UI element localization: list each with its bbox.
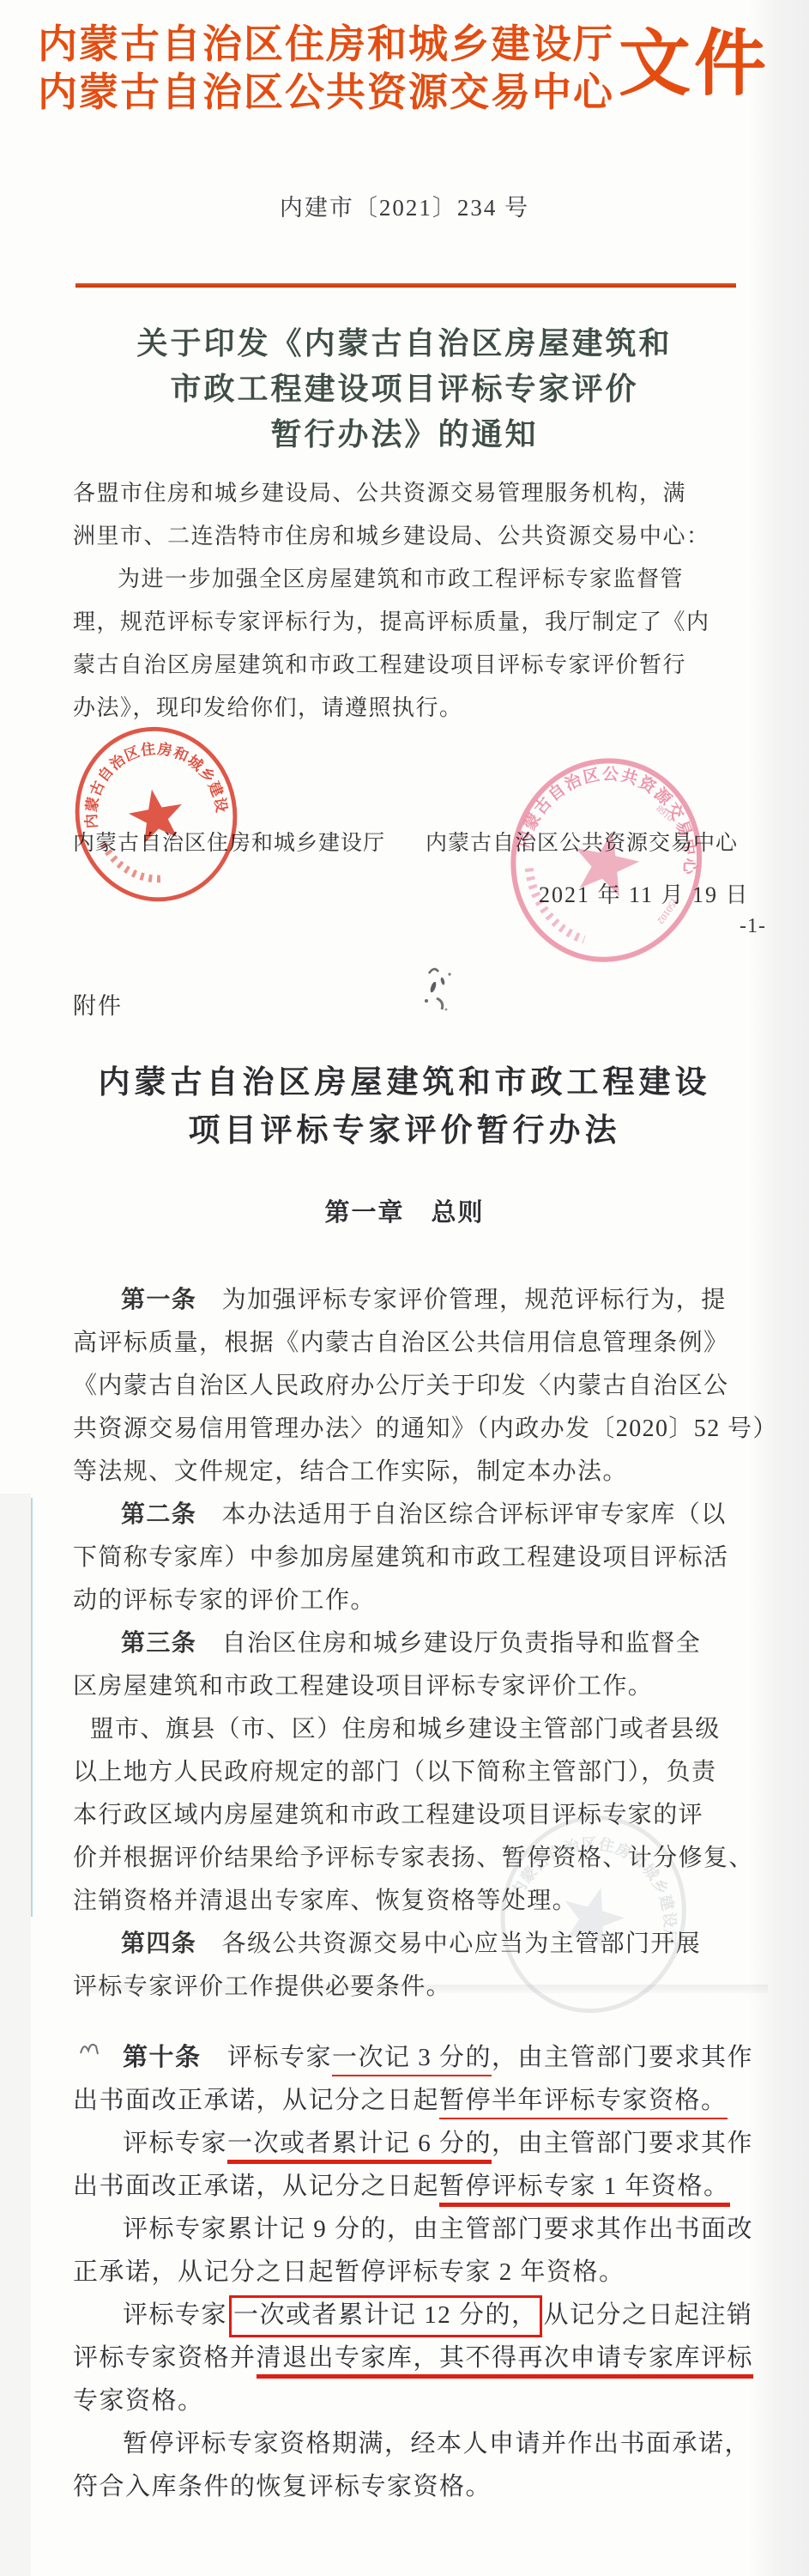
letterhead: 内蒙古自治区住房和城乡建设厅 内蒙古自治区公共资源交易中心	[38, 21, 621, 117]
text-line: 评标专家资格并清退出专家库，其不得再次申请专家库评标	[73, 2337, 755, 2379]
issue-date: 2021 年 11 月 19 日	[539, 877, 750, 909]
text-line: 洲里市、二连浩特市住房和城乡建设局、公共资源交易中心：	[73, 515, 751, 558]
text-segment: 第三条	[121, 1630, 196, 1657]
page-number: -1-	[740, 915, 766, 938]
scan-artifact-line	[31, 1498, 33, 1917]
svg-text:内蒙古自治区住房和城乡建设厅: 内蒙古自治区住房和城乡建设厅	[58, 711, 231, 840]
official-seal-housing-dept: 内蒙古自治区住房和城乡建设厅	[58, 711, 256, 924]
text-segment: 为加强评标专家评价管理，规范评标行为，提	[196, 1287, 726, 1313]
text-segment: 动的评标专家的评价工作。	[73, 1587, 376, 1614]
text-segment: 评标专家	[123, 2130, 227, 2157]
text-segment: 评标专家评价工作提供必要条件。	[73, 1973, 451, 2000]
text-line: 出书面改正承诺，从记分之日起暂停半年评标专家资格。	[73, 2079, 755, 2122]
seal-ring	[63, 717, 248, 912]
doc-number: 内建市〔2021〕234 号	[0, 189, 809, 222]
text-segment: ，由主管部门要求其作	[492, 2130, 753, 2157]
text-line: 第四条 各级公共资源交易中心应当为主管部门开展	[73, 1923, 751, 1966]
text-segment: 正承诺，从记分之日起暂停评标专家 2 年资格。	[73, 2258, 625, 2286]
text-segment: 《内蒙古自治区人民政府办公厅关于印发〈内蒙古自治区公	[73, 1373, 728, 1399]
text-line: 第十条 评标专家一次记 3 分的，由主管部门要求其作	[73, 2036, 755, 2079]
text-segment: 盟市、旗县（市、区）住房和城乡建设主管部门或者县级	[90, 1716, 721, 1743]
notice-title-line: 暂行办法》的通知	[0, 412, 809, 458]
text-segment: 从记分之日起注销	[544, 2301, 753, 2329]
text-line: 等法规、文件规定，结合工作实际，制定本办法。	[73, 1451, 751, 1494]
text-segment: 以上地方人民政府规定的部门（以下简称主管部门），负责	[73, 1759, 716, 1785]
text-segment: 下简称专家库）中参加房屋建筑和市政工程建设项目评标活	[73, 1544, 728, 1571]
notice-title-line: 市政工程建设项目评标专家评价	[0, 367, 809, 412]
text-segment: 为进一步加强全区房屋建筑和市政工程评标专家监督管	[118, 567, 684, 591]
text-segment: 专家资格。	[73, 2387, 204, 2415]
text-line: 评标专家评价工作提供必要条件。	[73, 1966, 751, 2009]
letterhead-org1: 内蒙古自治区住房和城乡建设厅	[38, 21, 621, 69]
addressee-paragraph: 各盟市住房和城乡建设局、公共资源交易管理服务机构，满洲里市、二连浩特市住房和城乡…	[73, 472, 751, 558]
text-segment: 各盟市住房和城乡建设局、公共资源交易管理服务机构，满	[73, 481, 686, 506]
notice-title-line: 关于印发《内蒙古自治区房屋建筑和	[0, 321, 809, 367]
text-line: 暂停评标专家资格期满，经本人申请并作出书面承诺，	[73, 2422, 755, 2465]
text-segment: 区房屋建筑和市政工程建设项目评标专家评价工作。	[73, 1673, 653, 1700]
scanned-official-document: 内蒙古自治区住房和城乡建设厅 内蒙古自治区公共资源交易中心 文件 内建市〔202…	[0, 0, 809, 2576]
text-line: 第一条 为加强评标专家评价管理，规范评标行为，提	[73, 1279, 751, 1322]
text-line: 区房屋建筑和市政工程建设项目评标专家评价工作。	[73, 1665, 751, 1708]
notice-body-paragraph: 为进一步加强全区房屋建筑和市政工程评标专家监督管理，规范评标专家评标行为，提高评…	[73, 558, 751, 730]
pen-mark	[75, 2033, 110, 2064]
text-line: 下简称专家库）中参加房屋建筑和市政工程建设项目评标活	[73, 1537, 751, 1579]
text-segment: 各级公共资源交易中心应当为主管部门开展	[196, 1930, 701, 1957]
letterhead-org2: 内蒙古自治区公共资源交易中心	[38, 69, 621, 117]
text-segment: 注销资格并清退出专家库、恢复资格等处理。	[73, 1888, 577, 1914]
text-line: 理，规范评标专家评标行为，提高评标质量，我厅制定了《内	[73, 601, 751, 644]
article-ten-excerpt: 第十条 评标专家一次记 3 分的，由主管部门要求其作出书面改正承诺，从记分之日起…	[73, 2036, 755, 2508]
text-line: 注销资格并清退出专家库、恢复资格等处理。	[73, 1880, 751, 1923]
text-segment: 第二条	[121, 1501, 196, 1528]
text-line: 评标专家一次或者累计记 12 分的，从记分之日起注销	[73, 2294, 755, 2337]
red-annotated-text: 暂停评标专家 1 年资格。	[439, 2173, 730, 2207]
text-line: 盟市、旗县（市、区）住房和城乡建设主管部门或者县级	[73, 1708, 751, 1751]
text-line: 以上地方人民政府规定的部门（以下简称主管部门），负责	[73, 1751, 751, 1794]
text-segment: 洲里市、二连浩特市住房和城乡建设局、公共资源交易中心：	[73, 524, 710, 549]
red-divider-rule	[75, 283, 736, 288]
red-annotated-text: 一次记 3 分的	[332, 2044, 492, 2076]
text-segment: 等法规、文件规定，结合工作实际，制定本办法。	[73, 1458, 628, 1485]
text-line: 价并根据评价结果给予评标专家表扬、暂停资格、计分修复、	[73, 1837, 751, 1880]
attachment-title: 内蒙古自治区房屋建筑和市政工程建设 项目评标专家评价暂行办法	[0, 1059, 809, 1155]
text-line: 正承诺，从记分之日起暂停评标专家 2 年资格。	[73, 2251, 755, 2294]
text-line: 专家资格。	[73, 2379, 755, 2422]
text-line: 办法》，现印发给你们，请遵照执行。	[73, 687, 751, 730]
text-segment: 评标专家	[202, 2044, 333, 2071]
text-line: 第二条 本办法适用于自治区综合评标评审专家库（以	[73, 1494, 751, 1537]
red-annotated-text: 暂停半年评标专家资格。	[439, 2087, 727, 2119]
text-segment: 评标专家	[123, 2301, 227, 2329]
text-line: 为进一步加强全区房屋建筑和市政工程评标专家监督管	[73, 558, 751, 601]
red-annotated-text: 一次或者累计记 6 分的	[227, 2130, 492, 2164]
signature-orgs: 内蒙古自治区住房和城乡建设厅 内蒙古自治区公共资源交易中心	[73, 826, 738, 857]
text-segment: 办法》，现印发给你们，请遵照执行。	[73, 695, 463, 720]
text-segment: 暂停评标专家资格期满，经本人申请并作出书面承诺，	[123, 2430, 751, 2458]
text-line: 蒙古自治区房屋建筑和市政工程建设项目评标专家评价暂行	[73, 644, 751, 687]
text-segment: 符合入库条件的恢复评标专家资格。	[73, 2473, 492, 2500]
text-segment: 评标专家资格并	[73, 2344, 257, 2372]
text-segment: ，由主管部门要求其作	[492, 2044, 753, 2071]
text-line: 各盟市住房和城乡建设局、公共资源交易管理服务机构，满	[73, 472, 751, 515]
text-segment: 价并根据评价结果给予评标专家表扬、暂停资格、计分修复、	[73, 1845, 754, 1871]
text-segment: 自治区住房和城乡建设厅负责指导和监督全	[196, 1630, 701, 1657]
text-segment: 出书面改正承诺，从记分之日起	[73, 2173, 439, 2200]
file-word: 文件	[619, 15, 782, 118]
text-segment: 第四条	[121, 1930, 196, 1957]
text-segment: 评标专家累计记 9 分的，由主管部门要求其作出书面改	[123, 2215, 753, 2243]
text-line: 动的评标专家的评价工作。	[73, 1579, 751, 1622]
signature-org2: 内蒙古自治区公共资源交易中心	[426, 826, 738, 857]
text-line: 出书面改正承诺，从记分之日起暂停评标专家 1 年资格。	[73, 2165, 755, 2208]
text-segment: 共资源交易信用管理办法〉的通知》（内政办发〔2020〕52 号）	[73, 1415, 778, 1442]
text-line: 共资源交易信用管理办法〉的通知》（内政办发〔2020〕52 号）	[73, 1408, 751, 1451]
text-segment: 蒙古自治区房屋建筑和市政工程建设项目评标专家评价暂行	[73, 652, 686, 677]
ink-smudge	[410, 960, 465, 1027]
chapter-heading: 第一章 总则	[0, 1193, 809, 1228]
signature-org1: 内蒙古自治区住房和城乡建设厅	[73, 826, 385, 857]
text-segment: 第十条	[123, 2044, 202, 2071]
seal-code-top: 8910	[654, 803, 675, 824]
law-article-text: 第一条 为加强评标专家评价管理，规范评标行为，提高评标质量，根据《内蒙古自治区公…	[73, 1279, 751, 2009]
text-line: 评标专家累计记 9 分的，由主管部门要求其作出书面改	[73, 2208, 755, 2251]
text-line: 第三条 自治区住房和城乡建设厅负责指导和监督全	[73, 1622, 751, 1665]
text-segment: 第一条	[121, 1287, 196, 1313]
attachment-title-line: 项目评标专家评价暂行办法	[0, 1107, 809, 1155]
text-segment: 本行政区域内房屋建筑和市政工程建设项目评标专家的评	[73, 1802, 703, 1828]
seal-arc-text: 内蒙古自治区公共资源交易中心	[512, 746, 717, 885]
text-segment: 理，规范评标专家评标行为，提高评标质量，我厅制定了《内	[73, 609, 710, 634]
text-segment: 本办法适用于自治区综合评标评审专家库（以	[196, 1501, 726, 1528]
text-line: 评标专家一次或者累计记 6 分的，由主管部门要求其作	[73, 2122, 755, 2165]
text-line: 《内蒙古自治区人民政府办公厅关于印发〈内蒙古自治区公	[73, 1365, 751, 1408]
red-annotated-text: 清退出专家库，其不得再次申请专家库评标	[257, 2344, 754, 2379]
attachment-title-line: 内蒙古自治区房屋建筑和市政工程建设	[0, 1059, 809, 1107]
scan-shadow-left	[0, 1494, 31, 2576]
seal-arc-text: 内蒙古自治区住房和城乡建设厅	[58, 711, 231, 840]
text-line: 符合入库条件的恢复评标专家资格。	[73, 2465, 755, 2508]
svg-text:内蒙古自治区公共资源交易中心: 内蒙古自治区公共资源交易中心	[512, 746, 717, 885]
red-annotated-text: 一次或者累计记 12 分的，	[229, 2295, 542, 2337]
text-line: 高评标质量，根据《内蒙古自治区公共信用信息管理条例》	[73, 1322, 751, 1365]
text-segment: 高评标质量，根据《内蒙古自治区公共信用信息管理条例》	[73, 1330, 728, 1356]
attachment-label: 附件	[73, 987, 123, 1021]
notice-title: 关于印发《内蒙古自治区房屋建筑和 市政工程建设项目评标专家评价 暂行办法》的通知	[0, 321, 809, 458]
official-seal-trade-center: 内蒙古自治区公共资源交易中心 8910 150102	[486, 737, 725, 990]
text-segment: 出书面改正承诺，从记分之日起	[73, 2087, 439, 2114]
seal-ring	[495, 743, 718, 977]
text-line: 本行政区域内房屋建筑和市政工程建设项目评标专家的评	[73, 1794, 751, 1837]
